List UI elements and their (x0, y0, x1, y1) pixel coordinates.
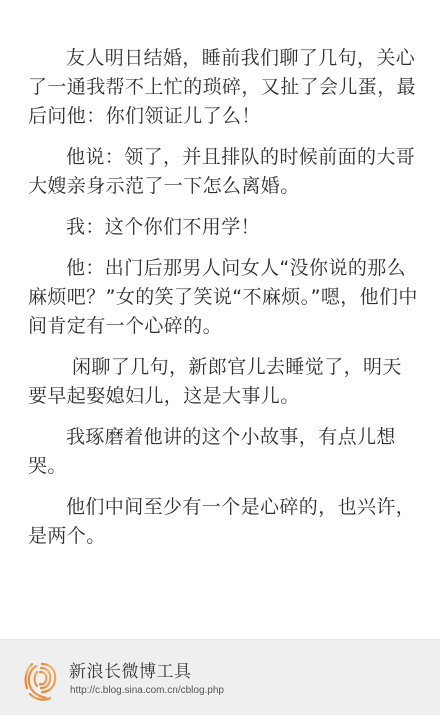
paragraph-1: 友人明日结婚，睡前我们聊了几句，关心了一通我帮不上忙的琐碎，又扯了会儿蛋，最后问… (28, 44, 420, 131)
paragraph-5: 闲聊了几句，新郎官儿去睡觉了，明天要早起娶媳妇儿，这是大事儿。 (28, 353, 420, 411)
footer-url-link[interactable]: http://c.blog.sina.com.cn/cblog.php (70, 685, 224, 697)
footer-banner: 新浪长微博工具 http://c.blog.sina.com.cn/cblog.… (0, 639, 440, 715)
article-body: 友人明日结婚，睡前我们聊了几句，关心了一通我帮不上忙的琐碎，又扯了会儿蛋，最后问… (28, 44, 420, 563)
paragraph-6: 我琢磨着他讲的这个小故事，有点儿想哭。 (28, 423, 420, 481)
paragraph-7: 他们中间至少有一个是心碎的，也兴许，是两个。 (28, 493, 420, 551)
footer-title: 新浪长微博工具 (69, 662, 192, 682)
paragraph-2: 他说：领了，并且排队的时候前面的大哥大嫂亲身示范了一下怎么离婚。 (28, 143, 420, 201)
paragraph-4: 他：出门后那男人问女人“没你说的那么麻烦吧？”女的笑了笑说“不麻烦。”嗯，他们中… (28, 254, 420, 341)
paragraph-3: 我：这个你们不用学！ (28, 213, 420, 242)
sina-blog-logo-icon (22, 660, 58, 702)
